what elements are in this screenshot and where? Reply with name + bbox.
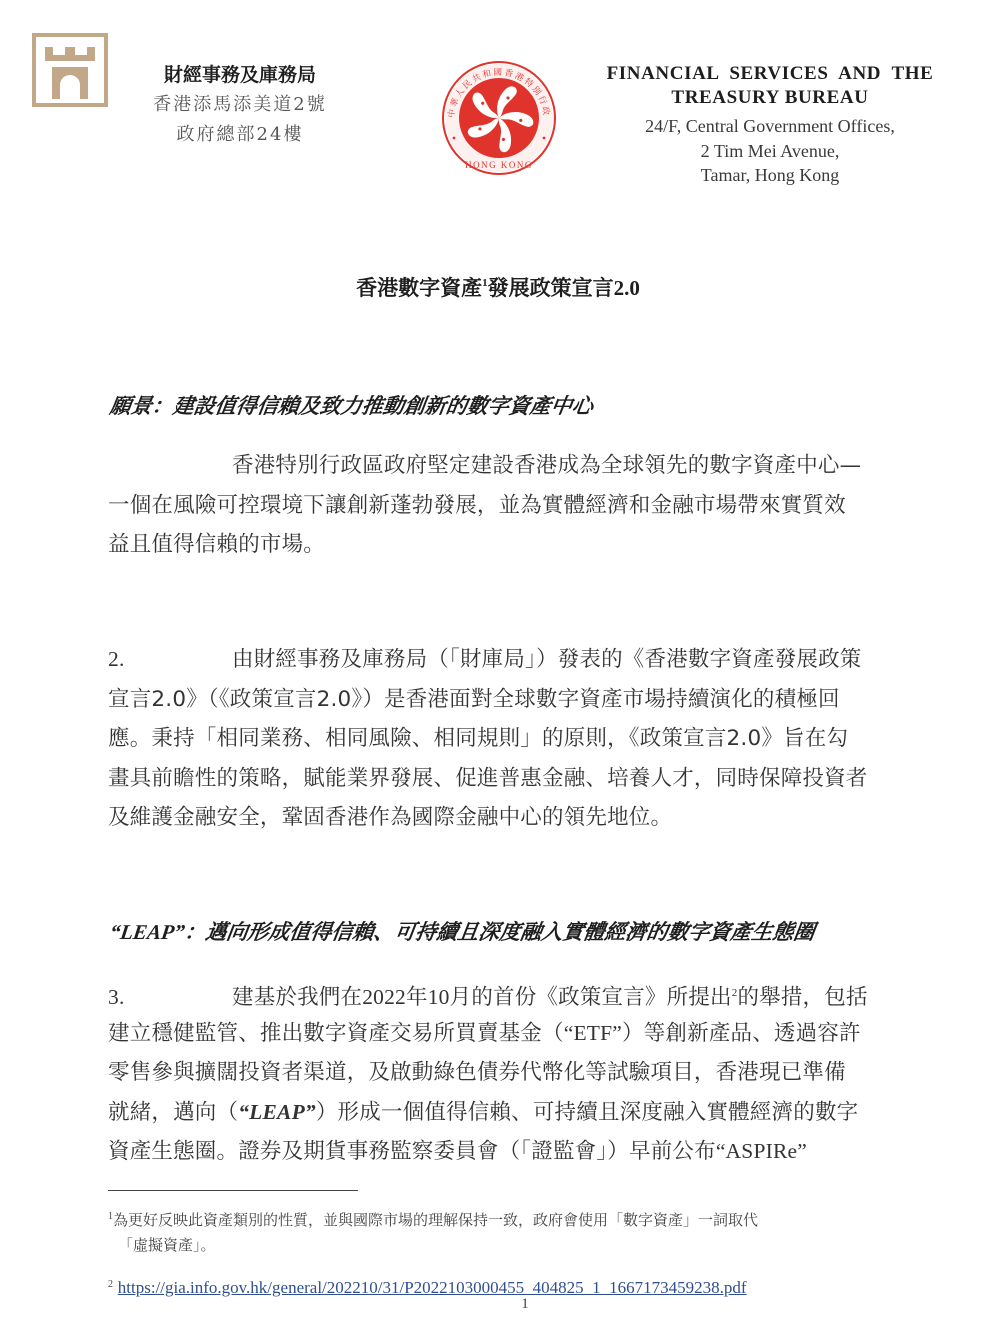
footnote-1-line2: 「虛擬資產」。 <box>108 1233 948 1258</box>
para3-text: 的舉措，包括 <box>737 985 867 1010</box>
para3-text: 建基於我們在 <box>232 985 362 1010</box>
document-page: 財經事務及庫務局 香港添馬添美道2號 政府總部24樓 中華人民共和國香港特別行政… <box>0 0 996 1336</box>
para2-number: 2. <box>108 640 232 680</box>
para2-line1: 由財經事務及庫務局（「財庫局」）發表的《香港數字資產發展政策 <box>232 647 862 672</box>
paragraph-3: 3.建基於我們在2022年10月的首份《政策宣言》所提出2的舉措，包括 建立穩健… <box>108 974 944 1172</box>
emblem-bottom-text: HONG KONG <box>465 160 533 170</box>
para3-leap: “LEAP” <box>238 1100 316 1124</box>
leap-heading: “LEAP”：邁向形成值得信賴、可持續且深度融入實體經濟的數字資產生態圈 <box>108 916 817 946</box>
gate-tower-logo-icon <box>32 33 108 107</box>
chinese-letterhead: 財經事務及庫務局 香港添馬添美道2號 政府總部24樓 <box>130 60 350 150</box>
footnote-2-number: 2 <box>108 1279 113 1290</box>
para2-line5: 及維護金融安全，鞏固香港作為國際金融中心的領先地位。 <box>108 798 944 838</box>
para3-text: 年 <box>406 985 428 1010</box>
footnote-divider <box>108 1190 358 1191</box>
footnote-2-link[interactable]: https://gia.info.gov.hk/general/202210/3… <box>118 1278 747 1297</box>
english-letterhead: FINANCIAL SERVICES AND THE TREASURY BURE… <box>585 62 955 188</box>
english-address-line3: Tamar, Hong Kong <box>585 163 955 188</box>
para2-line2: 宣言2.0》（《政策宣言2.0》）是香港面對全球數字資產市場持續演化的積極回 <box>108 680 944 720</box>
vision-heading: 願景：建設值得信賴及致力推動創新的數字資產中心 <box>108 390 595 420</box>
para3-year: 2022 <box>362 985 406 1009</box>
para3-text: 月的首份《政策宣言》所提出 <box>450 985 732 1010</box>
paragraph-1: 香港特別行政區政府堅定建設香港成為全球領先的數字資產中心— 一個在風險可控環境下… <box>108 446 944 565</box>
para1-line1: 香港特別行政區政府堅定建設香港成為全球領先的數字資產中心— <box>232 453 861 478</box>
para3-text: ）等創新產品、透過容許 <box>622 1021 861 1046</box>
para3-month: 10 <box>428 985 450 1009</box>
leap-heading-en: “LEAP” <box>108 920 186 944</box>
paragraph-2: 2.由財經事務及庫務局（「財庫局」）發表的《香港數字資產發展政策 宣言2.0》（… <box>108 640 944 838</box>
para2-line4: 畫具前瞻性的策略，賦能業界發展、促進普惠金融、培養人才，同時保障投資者 <box>108 759 944 799</box>
para3-etf: “ETF” <box>564 1021 622 1045</box>
english-department-line1: FINANCIAL SERVICES AND THE <box>585 62 955 86</box>
english-address-line1: 24/F, Central Government Offices, <box>585 114 955 139</box>
para2-line3: 應。秉持「相同業務、相同風險、相同規則」的原則，《政策宣言2.0》旨在勾 <box>108 719 944 759</box>
page-number: 1 <box>0 1296 996 1313</box>
para3-text: 資產生態圈。證券及期貨事務監察委員會（「證監會」）早前公布 <box>108 1139 716 1164</box>
chinese-address-line2: 政府總部24樓 <box>130 120 350 150</box>
para3-text: 就緒，邁向（ <box>108 1100 238 1125</box>
para3-text: ）形成一個值得信賴、可持續且深度融入實體經濟的數字 <box>316 1100 859 1125</box>
english-address-line2: 2 Tim Mei Avenue, <box>585 139 955 164</box>
hong-kong-emblem-icon: 中華人民共和國香港特別行政區 HONG KONG <box>436 58 562 178</box>
title-part1: 香港數字資產 <box>356 276 482 300</box>
para1-line2: 一個在風險可控環境下讓創新蓬勃發展，並為實體經濟和金融市場帶來實質效 <box>108 486 944 526</box>
title-part2: 發展政策宣言 <box>488 276 614 300</box>
english-department-line2: TREASURY BUREAU <box>585 86 955 110</box>
para3-line3: 零售參與擴闊投資者渠道，及啟動綠色債券代幣化等試驗項目，香港現已準備 <box>108 1053 944 1093</box>
document-title: 香港數字資產1發展政策宣言2.0 <box>0 272 996 302</box>
para3-aspire: “ASPIRe” <box>716 1139 807 1163</box>
title-version: 2.0 <box>614 276 640 300</box>
para3-number: 3. <box>108 978 232 1013</box>
footnote-1-line1: 為更好反映此資產類別的性質，並與國際市場的理解保持一致，政府會使用「數字資產」一… <box>113 1211 758 1229</box>
chinese-department-name: 財經事務及庫務局 <box>130 60 350 90</box>
footnote-1: 1為更好反映此資產類別的性質，並與國際市場的理解保持一致，政府會使用「數字資產」… <box>108 1204 948 1258</box>
leap-heading-zh: ：邁向形成值得信賴、可持續且深度融入實體經濟的數字資產生態圈 <box>183 920 816 944</box>
chinese-address-line1: 香港添馬添美道2號 <box>130 90 350 120</box>
para3-text: 建立穩健監管、推出數字資產交易所買賣基金（ <box>108 1021 564 1046</box>
para1-line3: 益且值得信賴的市場。 <box>108 525 944 565</box>
